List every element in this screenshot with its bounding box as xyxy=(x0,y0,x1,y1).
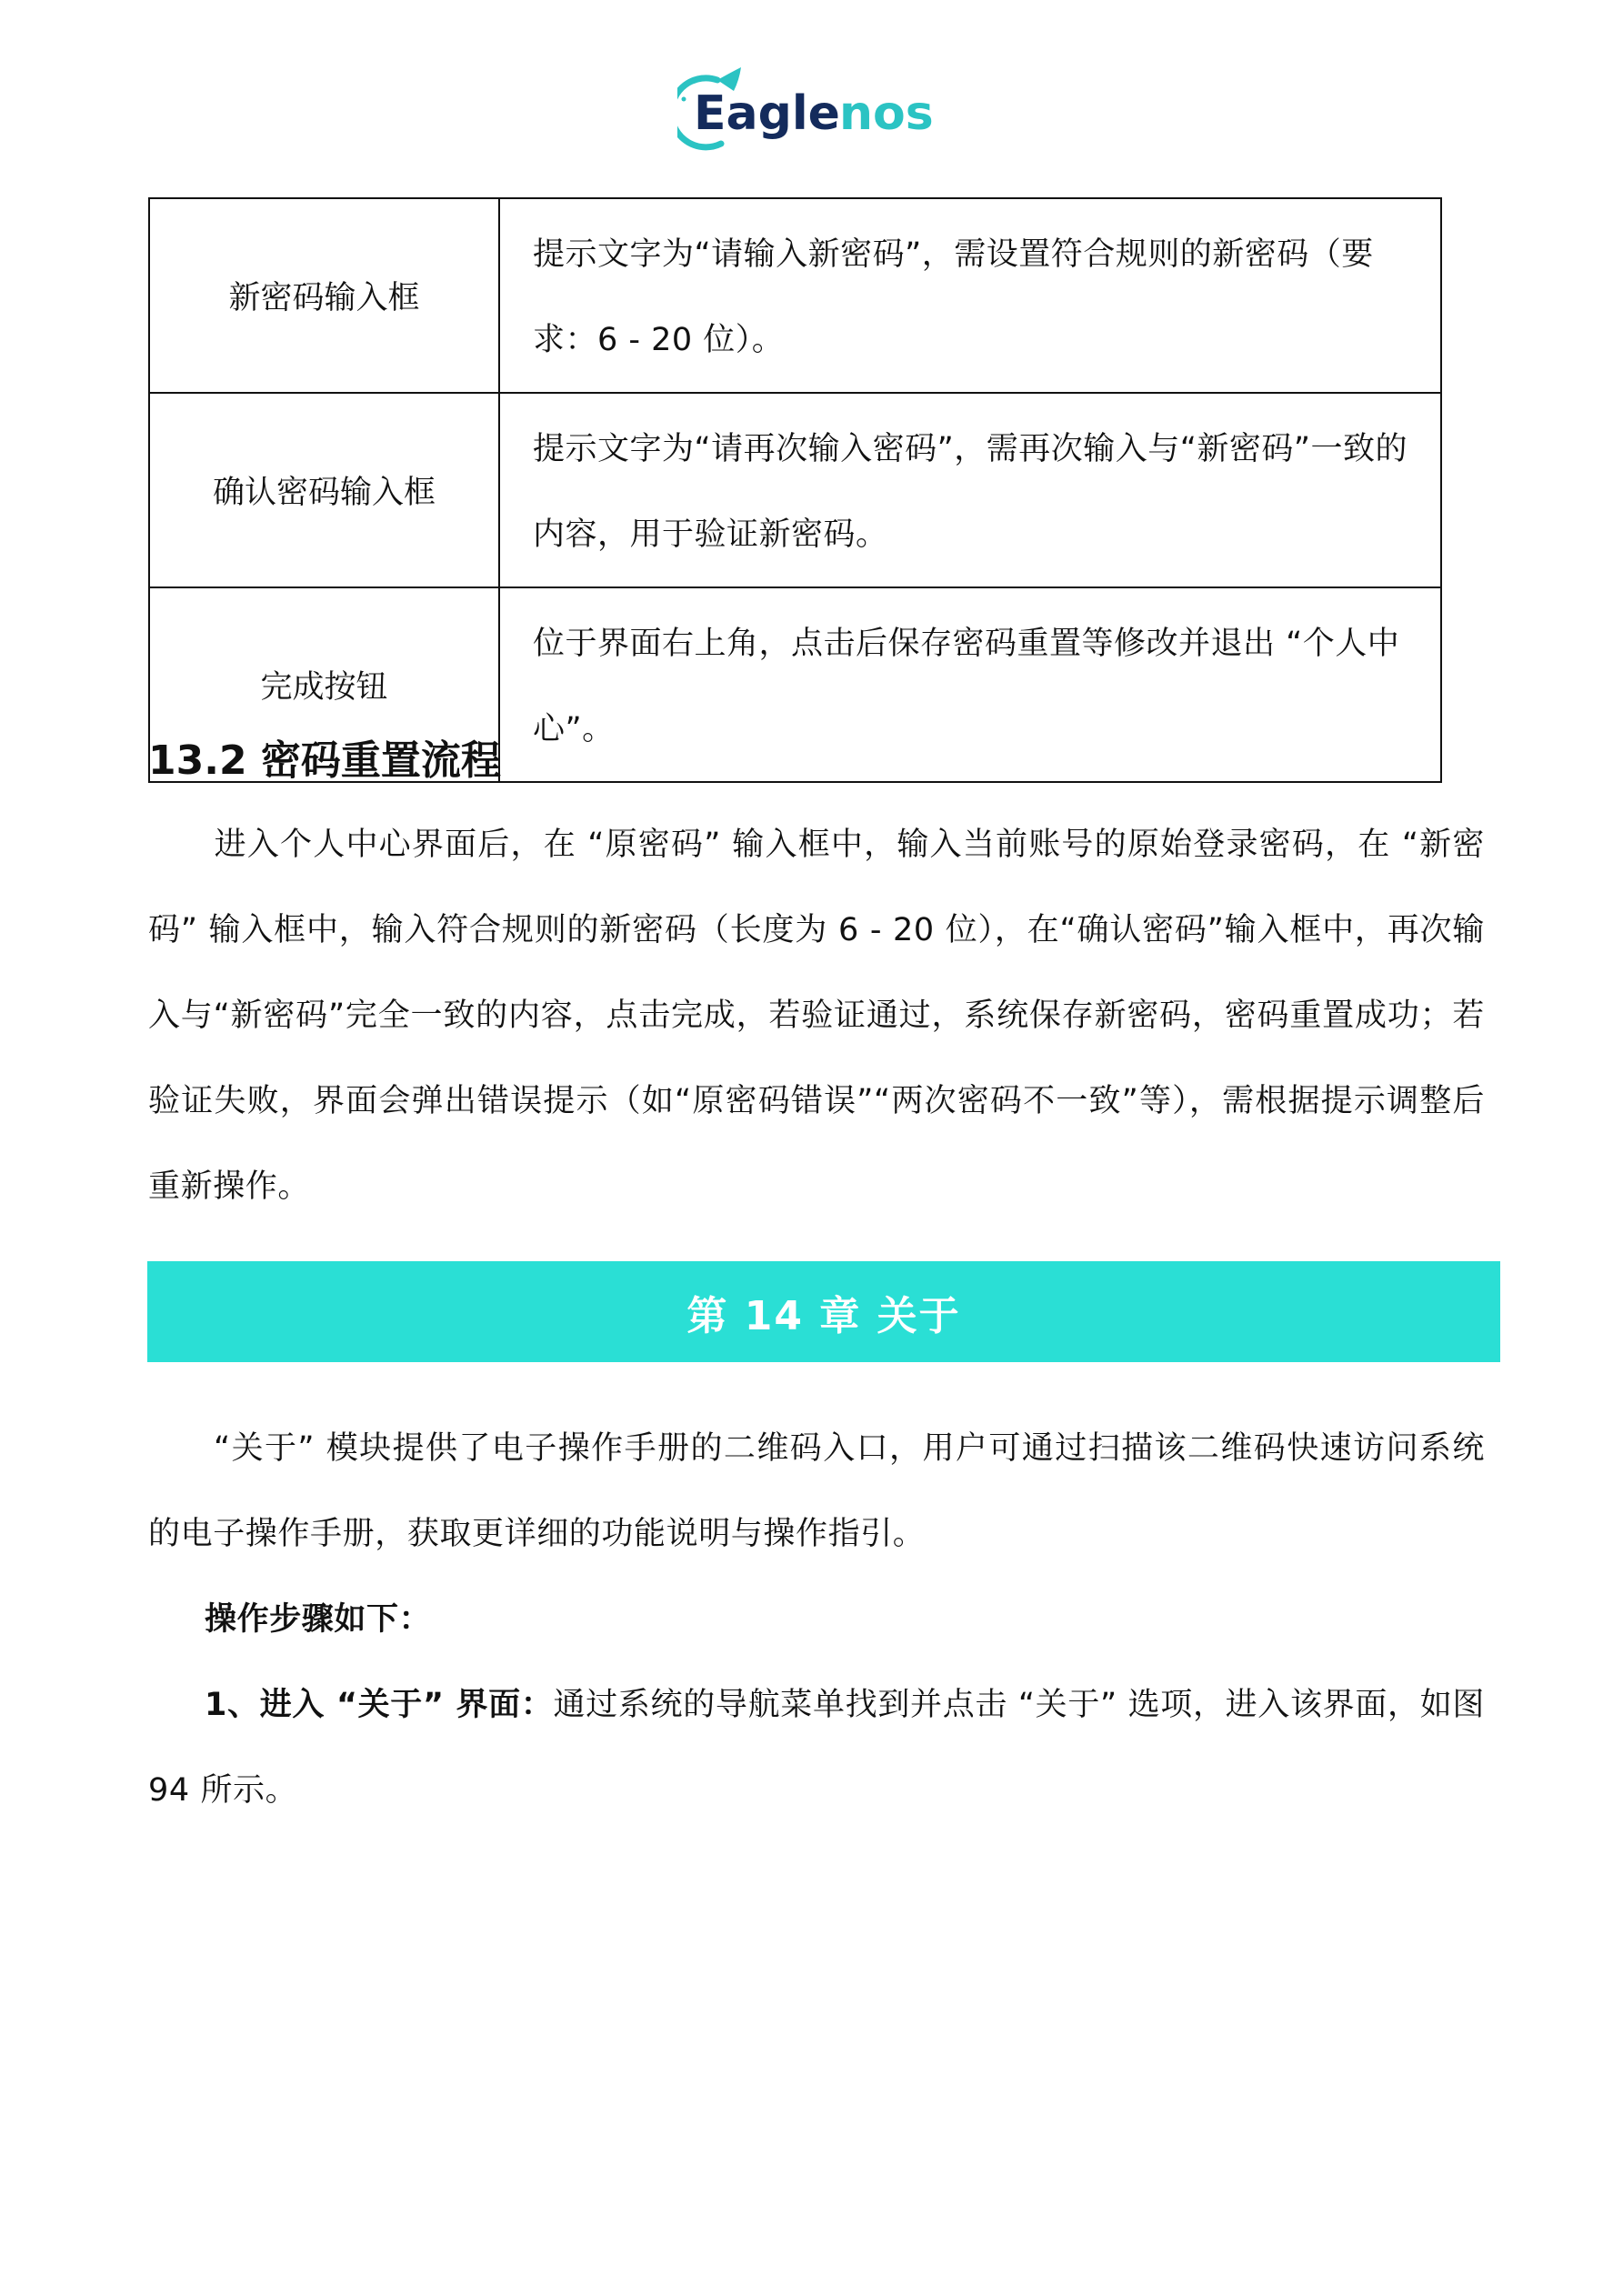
section-heading: 13.2 密码重置流程 xyxy=(148,727,501,786)
paragraph-text: 进入个人中心界面后，在 “原密码” 输入框中，输入当前账号的原始登录密码，在 “… xyxy=(148,827,1485,1205)
step-1: 1、进入 “关于” 界面：通过系统的导航菜单找到并点击 “关于” 选项，进入该界… xyxy=(148,1662,1485,1833)
field-name: 新密码输入框 xyxy=(149,198,499,393)
step-1-title: 1、进入 “关于” 界面： xyxy=(205,1687,554,1723)
table-row: 新密码输入框 提示文字为“请输入新密码”，需设置符合规则的新密码（要求：6 - … xyxy=(149,198,1441,393)
svg-text:Eagle: Eagle xyxy=(694,86,840,141)
field-description: 提示文字为“请输入新密码”，需设置符合规则的新密码（要求：6 - 20 位）。 xyxy=(499,198,1441,393)
steps-label-text: 操作步骤如下： xyxy=(205,1601,431,1638)
field-description: 位于界面右上角，点击后保存密码重置等修改并退出 “个人中心”。 xyxy=(499,587,1441,782)
table-row: 确认密码输入框 提示文字为“请再次输入密码”，需再次输入与“新密码”一致的内容，… xyxy=(149,393,1441,587)
eaglenos-logo: Eagle nos xyxy=(677,64,950,151)
field-description: 提示文字为“请再次输入密码”，需再次输入与“新密码”一致的内容，用于验证新密码。 xyxy=(499,393,1441,587)
chapter-banner: 第 14 章 关于 xyxy=(147,1261,1500,1362)
paragraph-text: “关于” 模块提供了电子操作手册的二维码入口，用户可通过扫描该二维码快速访问系统… xyxy=(148,1430,1485,1552)
about-intro-paragraph: “关于” 模块提供了电子操作手册的二维码入口，用户可通过扫描该二维码快速访问系统… xyxy=(148,1406,1485,1577)
field-name: 确认密码输入框 xyxy=(149,393,499,587)
chapter-title: 第 14 章 关于 xyxy=(686,1283,960,1341)
svg-text:nos: nos xyxy=(839,86,934,141)
steps-label: 操作步骤如下： xyxy=(148,1577,1485,1662)
field-spec-table: 新密码输入框 提示文字为“请输入新密码”，需设置符合规则的新密码（要求：6 - … xyxy=(148,197,1442,783)
password-reset-paragraph: 进入个人中心界面后，在 “原密码” 输入框中，输入当前账号的原始登录密码，在 “… xyxy=(148,802,1485,1229)
logo-graphic: Eagle nos xyxy=(677,64,950,151)
